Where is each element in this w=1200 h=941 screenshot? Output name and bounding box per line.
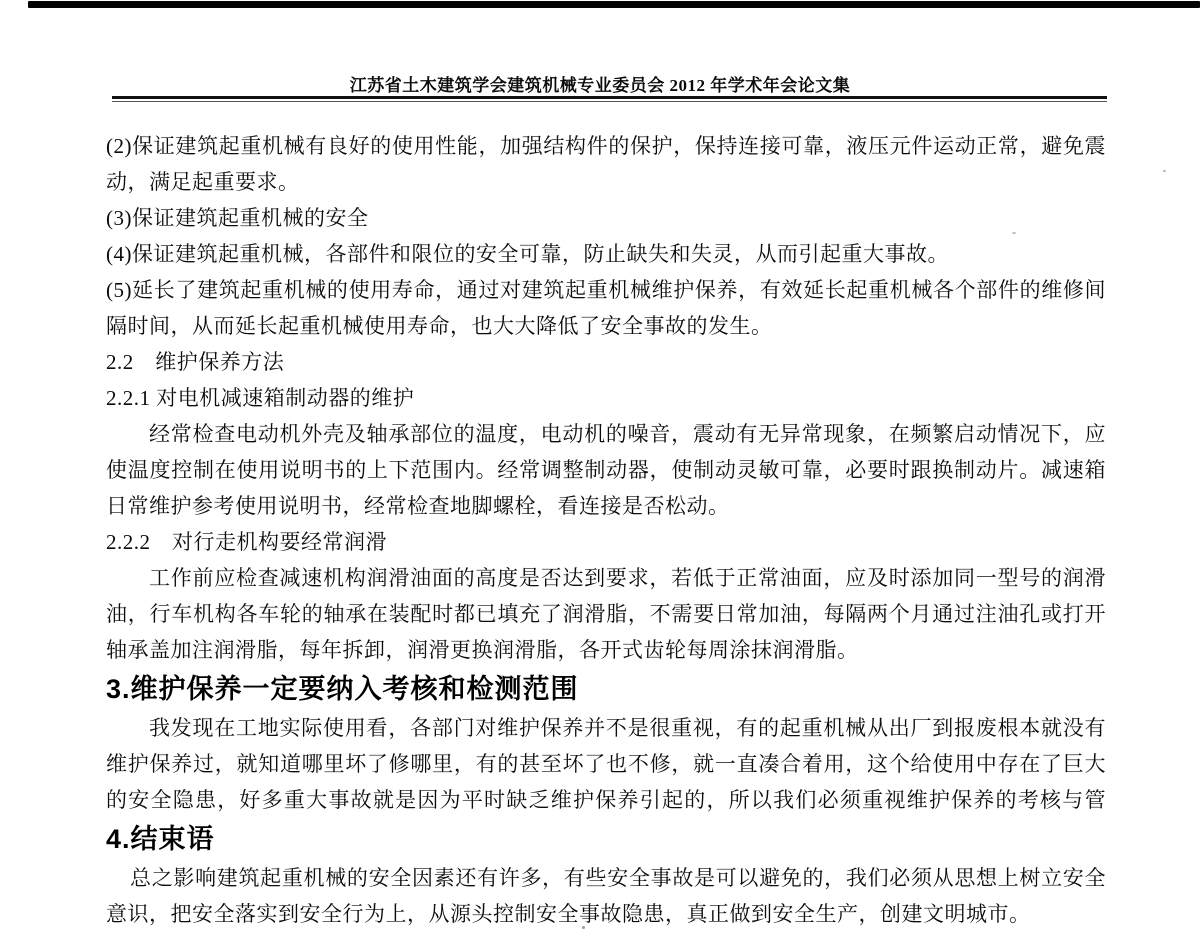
text-line: 我发现在工地实际使用看，各部门对维护保养并不是很重视，有的起重机械从出厂到报废根… bbox=[106, 710, 1106, 746]
document-body: (2)保证建筑起重机械有良好的使用性能，加强结构件的保护，保持连接可靠，液压元件… bbox=[106, 128, 1106, 932]
text-line: 意识，把安全落实到安全行为上，从源头控制安全事故隐患，真正做到安全生产，创建文明… bbox=[106, 896, 1106, 932]
text-line: (2)保证建筑起重机械有良好的使用性能，加强结构件的保护，保持连接可靠，液压元件… bbox=[106, 128, 1106, 164]
top-scan-artifact bbox=[28, 1, 1200, 8]
text-line: 经常检查电动机外壳及轴承部位的温度，电动机的噪音，震动有无异常现象，在频繁启动情… bbox=[106, 416, 1106, 452]
text-line: 隔时间，从而延长起重机械使用寿命，也大大降低了安全事故的发生。 bbox=[106, 308, 1106, 344]
subsection-heading-2-2-2: 2.2.2 对行走机构要经常润滑 bbox=[106, 524, 1106, 560]
text-line: 使温度控制在使用说明书的上下范围内。经常调整制动器，使制动灵敏可靠，必要时跟换制… bbox=[106, 452, 1106, 488]
document-page: { "header": { "title": "江苏省土木建筑学会建筑机械专业委… bbox=[0, 0, 1200, 941]
running-head-title: 江苏省土木建筑学会建筑机械专业委员会 2012 年学术年会论文集 bbox=[0, 71, 1200, 96]
text-line: 油，行车机构各车轮的轴承在装配时都已填充了润滑脂，不需要日常加油，每隔两个月通过… bbox=[106, 596, 1106, 632]
header-rule bbox=[112, 96, 1107, 99]
text-line: 维护保养过，就知道哪里坏了修哪里，有的甚至坏了也不修，就一直凑合着用，这个给使用… bbox=[106, 746, 1106, 782]
section-heading-4: 4.结束语 bbox=[106, 818, 1106, 860]
text-line: 动，满足起重要求。 bbox=[106, 164, 1106, 200]
subsection-heading-2-2-1: 2.2.1 对电机减速箱制动器的维护 bbox=[106, 380, 1106, 416]
text-line: (3)保证建筑起重机械的安全 bbox=[106, 200, 1106, 236]
text-line: 工作前应检查减速机构润滑油面的高度是否达到要求，若低于正常油面，应及时添加同一型… bbox=[106, 560, 1106, 596]
text-line: 日常维护参考使用说明书，经常检查地脚螺栓，看连接是否松动。 bbox=[106, 488, 1106, 524]
text-line: 轴承盖加注润滑脂，每年拆卸，润滑更换润滑脂，各开式齿轮每周涂抹润滑脂。 bbox=[106, 632, 1106, 668]
scan-speck bbox=[582, 926, 585, 929]
text-line: 的安全隐患，好多重大事故就是因为平时缺乏维护保养引起的，所以我们必须重视维护保养… bbox=[106, 782, 1106, 818]
text-line: (4)保证建筑起重机械，各部件和限位的安全可靠，防止缺失和失灵，从而引起重大事故… bbox=[106, 236, 1106, 272]
scan-speck bbox=[1012, 232, 1016, 234]
scan-speck bbox=[1163, 170, 1166, 172]
header-rule-echo bbox=[112, 101, 1107, 102]
text-line: 总之影响建筑起重机械的安全因素还有许多，有些安全事故是可以避免的，我们必须从思想… bbox=[106, 860, 1106, 896]
subsection-heading-2-2: 2.2 维护保养方法 bbox=[106, 344, 1106, 380]
text-line: (5)延长了建筑起重机械的使用寿命，通过对建筑起重机械维护保养，有效延长起重机械… bbox=[106, 272, 1106, 308]
section-heading-3: 3.维护保养一定要纳入考核和检测范围 bbox=[106, 668, 1106, 710]
